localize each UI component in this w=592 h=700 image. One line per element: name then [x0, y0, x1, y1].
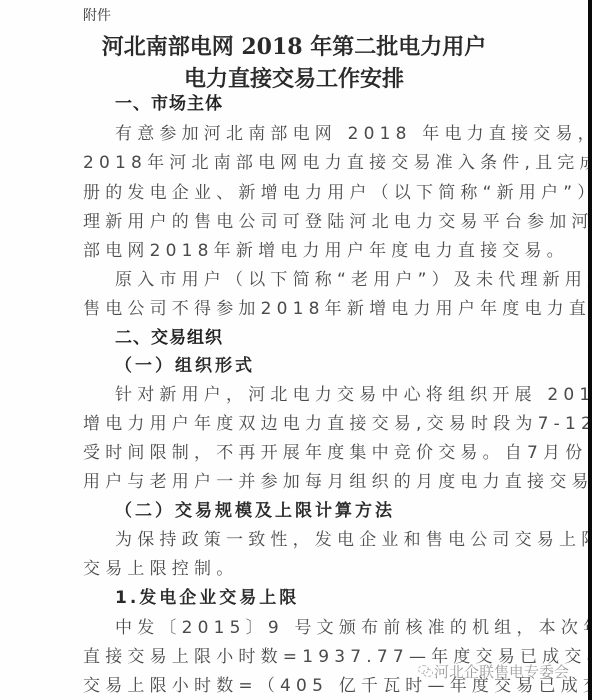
- watermark-text: 河北企联售电专委会: [434, 661, 569, 682]
- paragraph-line: 中发〔2015〕9 号文颁布前核准的机组，本次年度电力: [115, 617, 539, 639]
- paragraph-line: 为保持政策一致性，发电企业和售电公司交易上限按原: [115, 529, 539, 551]
- paragraph-line: 理新用户的售电公司可登陆河北电力交易平台参加河北南: [83, 211, 507, 233]
- paragraph-line: 受时间限制，不再开展年度集中竞价交易。自7月份起，新: [83, 442, 507, 464]
- item-heading-generator-limit: 1.发电企业交易上限: [115, 587, 539, 609]
- right-edge-border: [588, 0, 592, 700]
- subsection-heading-organization-form: （一）组织形式: [115, 355, 539, 377]
- subsection-heading-scale-and-limits: （二）交易规模及上限计算方法: [115, 500, 539, 522]
- document-page: 附件 河北南部电网 2018 年第二批电力用户 电力直接交易工作安排 一、市场主…: [0, 0, 588, 700]
- watermark: 河北企联售电专委会: [418, 660, 569, 682]
- attachment-label: 附件: [83, 5, 111, 25]
- paragraph-line: 售电公司不得参加2018年新增电力用户年度电力直接交易。: [83, 298, 507, 320]
- paragraph-line: 原入市用户（以下简称“老用户”）及未代理新用户的: [115, 269, 539, 291]
- document-title-line1: 河北南部电网 2018 年第二批电力用户: [0, 31, 588, 63]
- paragraph-line: 用户与老用户一并参加每月组织的月度电力直接交易。: [83, 471, 507, 493]
- paragraph-line: 针对新用户，河北电力交易中心将组织开展 2018 年新: [115, 384, 539, 406]
- paragraph-line: 交易上限控制。: [83, 558, 507, 580]
- paragraph-line: 增电力用户年度双边电力直接交易,交易时段为7-12月份。: [83, 413, 507, 435]
- wechat-icon: [418, 664, 432, 678]
- section-heading-market-entities: 一、市场主体: [115, 93, 539, 115]
- paragraph-line: 部电网2018年新增电力用户年度电力直接交易。: [83, 240, 507, 262]
- paragraph-line: 2018年河北南部电网电力直接交易准入条件,且完成市场注: [83, 152, 507, 174]
- paragraph-line: 有意参加河北南部电网 2018 年电力直接交易，符合: [115, 123, 539, 145]
- section-heading-trade-organization: 二、交易组织: [115, 327, 539, 349]
- paragraph-line: 册的发电企业、新增电力用户（以下简称“新用户”）和代: [83, 182, 507, 204]
- document-title-line2: 电力直接交易工作安排: [0, 63, 588, 95]
